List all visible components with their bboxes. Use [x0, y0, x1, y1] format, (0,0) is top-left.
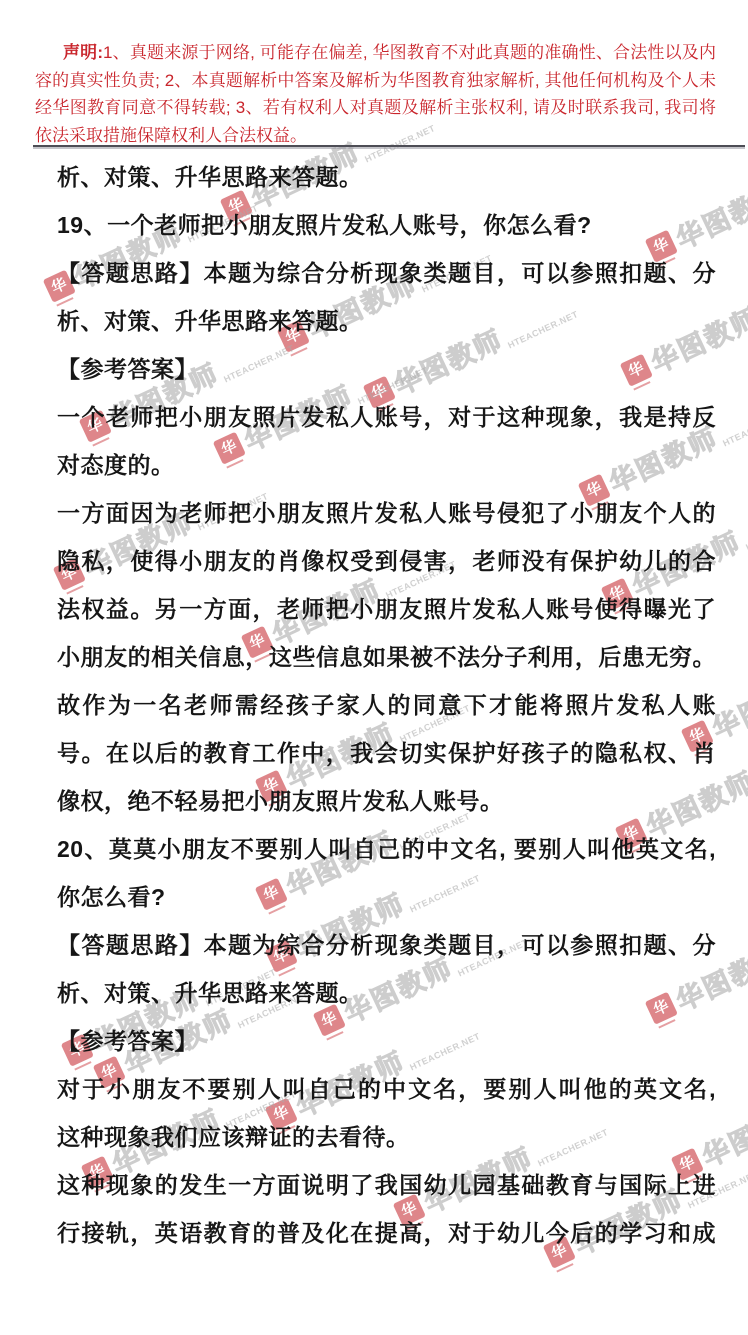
body-line: 像权，绝不轻易把小朋友照片发私人账号。: [57, 777, 716, 825]
watermark-site: HTEACHER.NET: [721, 407, 748, 448]
disclaimer: 声明:1、真题来源于网络, 可能存在偏差, 华图教育不对此真题的准确性、合法性以…: [35, 39, 716, 149]
body-line: 号。在以后的教育工作中，我会切实保护好孩子的隐私权、肖: [57, 729, 716, 777]
body-line: 析、对策、升华思路来答题。: [57, 153, 716, 201]
body-line: 隐私，使得小朋友的肖像权受到侵害，老师没有保护幼儿的合: [57, 537, 716, 585]
disclaimer-line-text: 1、真题来源于网络, 可能存在偏差, 华图教育不对此真题的准确性、合法性以及内: [103, 43, 716, 62]
body-line: 【参考答案】: [57, 345, 716, 393]
body-line: 【参考答案】: [57, 1017, 716, 1065]
document-page: 华华图教师HTEACHER.NET华华图教师HTEACHER.NET华华图教师H…: [0, 0, 748, 1335]
body-line: 对态度的。: [57, 441, 716, 489]
disclaimer-rest: 容的真实性负责; 2、本真题解析中答案及解析为华图教育独家解析, 其他任何机构及…: [35, 67, 716, 150]
body-line: 故作为一名老师需经孩子家人的同意下才能将照片发私人账: [57, 681, 716, 729]
body-line: 对于小朋友不要别人叫自己的中文名，要别人叫他的英文名,: [57, 1065, 716, 1113]
disclaimer-line: 声明:1、真题来源于网络, 可能存在偏差, 华图教育不对此真题的准确性、合法性以…: [35, 39, 716, 67]
body-line: 你怎么看?: [57, 873, 716, 921]
section-divider: [33, 145, 745, 147]
body-line: 析、对策、升华思路来答题。: [57, 297, 716, 345]
body-line: 行接轨，英语教育的普及化在提高，对于幼儿今后的学习和成: [57, 1209, 716, 1257]
body-line: 19、一个老师把小朋友照片发私人账号，你怎么看?: [57, 201, 716, 249]
body-text: 析、对策、升华思路来答题。19、一个老师把小朋友照片发私人账号，你怎么看?【答题…: [57, 153, 716, 1257]
body-line: 这种现象的发生一方面说明了我国幼儿园基础教育与国际上进: [57, 1161, 716, 1209]
body-line: 【答题思路】本题为综合分析现象类题目，可以参照扣题、分: [57, 249, 716, 297]
body-line: 小朋友的相关信息，这些信息如果被不法分子利用，后患无穷。: [57, 633, 716, 681]
disclaimer-label: 声明:: [63, 43, 103, 62]
body-line: 析、对策、升华思路来答题。: [57, 969, 716, 1017]
body-line: 20、莫莫小朋友不要别人叫自己的中文名, 要别人叫他英文名,: [57, 825, 716, 873]
body-line: 这种现象我们应该辩证的去看待。: [57, 1113, 716, 1161]
disclaimer-line: 容的真实性负责; 2、本真题解析中答案及解析为华图教育独家解析, 其他任何机构及…: [35, 67, 716, 95]
body-line: 一方面因为老师把小朋友照片发私人账号侵犯了小朋友个人的: [57, 489, 716, 537]
disclaimer-line: 经华图教育同意不得转载; 3、若有权利人对真题及解析主张权利, 请及时联系我司,…: [35, 94, 716, 122]
body-line: 法权益。另一方面，老师把小朋友照片发私人账号使得曝光了: [57, 585, 716, 633]
body-line: 一个老师把小朋友照片发私人账号，对于这种现象，我是持反: [57, 393, 716, 441]
watermark-site: HTEACHER.NET: [744, 511, 748, 552]
body-line: 【答题思路】本题为综合分析现象类题目，可以参照扣题、分: [57, 921, 716, 969]
